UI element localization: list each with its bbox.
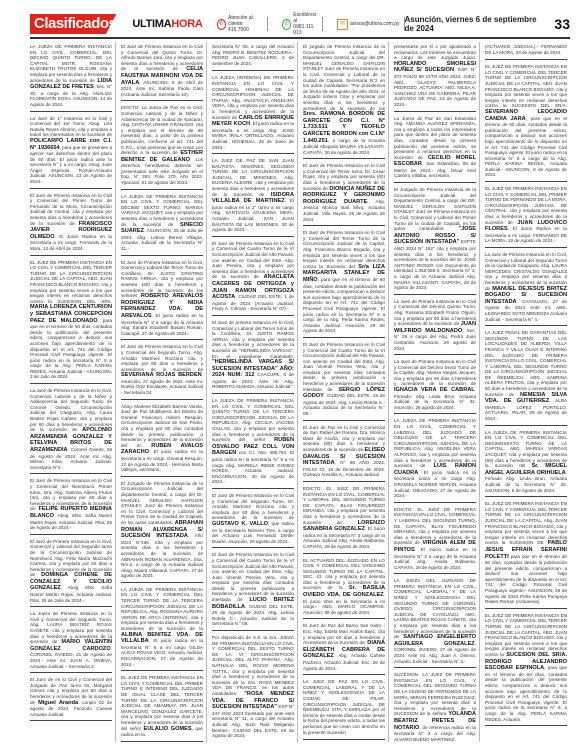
edict-notice: EDICTO: EL JUEZ DE PRIMERA INSTANCIA EN … xyxy=(394,505,476,575)
column-6: (ACTUARIO JUDICIAL).- FERNANDO DE LA MOR… xyxy=(485,42,570,742)
edict-notice: EL JUEZ DE PRIMERA INSTANCIA EN LO CIVIL… xyxy=(485,499,567,609)
column-5: presentarse por sí o por apoderado a rec… xyxy=(394,42,480,742)
edict-notice: El Juez de en lo Civil y Comercial del J… xyxy=(30,675,112,721)
edict-notice: La Juez de Primera Instancia en lo Civil… xyxy=(394,357,476,414)
edict-notice: EL JUEZ DE PRIMERA INSTANCIA EN LO CIVIL… xyxy=(485,184,567,248)
contact-email[interactable]: ✉ avisos@uhora.com.py xyxy=(337,17,405,31)
edict-notice: El Juez de Primera Instancia en lo Civil… xyxy=(30,191,112,256)
edict-notice: El Juez de Primera Instancia en lo Civil… xyxy=(303,340,385,421)
edict-notice: El jurgado de Primera Instancia de la Ci… xyxy=(303,42,385,159)
notice-body: EDICTO: La Jueza de Paz en lo Civil, Com… xyxy=(121,105,203,155)
edict-notice: La Jueza de Primera Instancia en lo Civi… xyxy=(30,609,112,673)
notice-body: LA JUEZ PENAL DE GARANTÍAS DEL SEGUNDO T… xyxy=(485,330,567,397)
edict-notice: La Jueza de Paz de San Estanislao Abg. A… xyxy=(394,114,476,184)
contact-phone[interactable]: ✆ Atención al cliente:415 7000 xyxy=(217,17,268,31)
edict-notice: El Juzgado de Primera Instancia de la Ci… xyxy=(394,185,476,295)
header-rule xyxy=(30,37,570,39)
notice-body: LA JUEZA DE PRIMERA INSTANCIA EN LO CIVI… xyxy=(121,587,203,631)
edict-notice: EDICTO: EL JUEZ DE PRIMERA INSTANCIA EN … xyxy=(303,484,385,554)
edict-notice: La Juez de Primera Instancia en lo Civil… xyxy=(30,386,112,474)
notice-body: El Juez de Primera Instancia en lo Civil… xyxy=(212,552,294,602)
edict-notice: SUCESIÓN. LA JUEZ DE PRIMERA INSTANCIA E… xyxy=(394,670,476,742)
notice-body: LA JUEZA DE PRIMERA INSTANCIA EN LO CIVI… xyxy=(212,398,294,442)
edict-notice: LA JUEZA (INTERINA) DE PRIMERA INSTANCIA… xyxy=(212,73,294,154)
edict-notice: El Juez de Primera Instancia en lo Civil… xyxy=(212,239,294,316)
deceased-name: Miguel Aranda xyxy=(38,700,78,706)
notice-footer: EXPTE AÑO 2024 N° 162" cita y emplaza po… xyxy=(394,239,476,290)
edict-notice: El Juez de primera instancia en lo Civil… xyxy=(212,318,294,394)
notice-footer: , para que en el termino de 60 días, con… xyxy=(30,318,112,380)
edict-notice: La Juez de Primera Instancia en lo Civil… xyxy=(394,297,476,355)
notice-body: EL JUEZ DE PRIMERA INSTANCIA EN LO CIVIL… xyxy=(485,501,567,545)
edict-notice: El Juez de Primera Instancia en lo Civil… xyxy=(121,258,203,341)
notice-body: La Juez de 1° Instancia en lo Civil y Co… xyxy=(30,116,112,138)
deceased-name: SANTIAGO ENGELBERTO AGUILERA GONZALEZ xyxy=(394,634,476,647)
column-4: El jurgado de Primera Instancia de la Ci… xyxy=(303,42,389,742)
edict-notice: EDICTO: La Jueza de Paz en lo Civil, Com… xyxy=(121,103,203,189)
notice-body: El Juzgado de Primera Instancia de la Ci… xyxy=(394,187,476,231)
edict-notice: El Juez de Primera Instancia en lo Civil… xyxy=(30,537,112,608)
whatsapp-icon: ✆ xyxy=(282,19,291,30)
column-3: Secretaría N° 05, a cargo del Actuario A… xyxy=(212,42,298,742)
notice-body: El jurgado de Primera Instancia de la Ci… xyxy=(303,44,385,111)
section-title: Clasificados xyxy=(30,14,116,34)
edict-notice: El Juez de Primera Instancia en lo Civil… xyxy=(303,161,385,226)
notice-body: El Juez de Primera Instancia en lo Civil… xyxy=(303,342,385,392)
edict-notice: La Juez de Primera Instancia en lo Civil… xyxy=(485,250,567,326)
notice-body: EL JUEZ DE PRIMERA INSTANCIA EN LO CIVIL… xyxy=(485,613,567,657)
notice-body: LA JUEZA DE PRIMERA INSTANCIA EN LO CIVI… xyxy=(394,418,476,468)
notice-body: El Juez de primera instancia en lo Civil… xyxy=(212,320,294,359)
notice-body: (ACTUARIO JUDICIAL).- FERNANDO DE LA MOR… xyxy=(485,44,567,55)
contact-whatsapp[interactable]: ✆ Escribinos al0981 111 013 xyxy=(282,17,323,31)
edict-notice: La Juez de 1° Instancia en lo Civil y Co… xyxy=(30,114,112,189)
notice-body: EL JUEZ DE PRIMERA INSTANCIA EN LO CIVIL… xyxy=(485,64,567,108)
notice-body: La Jueza de Paz de San Estanislao Abg. A… xyxy=(394,116,476,160)
notice-body: Secretaría N° 05, a cargo del Actuario A… xyxy=(212,44,294,66)
page-header: Clasificados ULTIMAHORA ✆ Atención al cl… xyxy=(30,14,570,34)
edict-notice: Abog. Marlene Elizabeth Barreto Varela, … xyxy=(121,402,203,477)
edict-notice: El Juez de Primera Instancia en lo Civil… xyxy=(30,476,112,534)
edict-notice: LA JUEZA DE PRIMERA INSTANCIA EN LO CIVI… xyxy=(121,585,203,671)
edict-notice: El Juez de Primera Instancia en lo Civil… xyxy=(212,491,294,548)
edict-notice: LA JUEZA DE PRIMERA INSTANCIA EN LO CIVI… xyxy=(394,416,476,502)
edict-notice: Por disposición de S.S. la Sra. JUEZA DE… xyxy=(212,633,294,742)
notice-footer: , para que en el término de 60 días, con… xyxy=(485,665,567,721)
edict-notice: El Juez de Paz en lo Civil y Comercial d… xyxy=(303,423,385,482)
edict-notice: LA JUEZA DE PRIMERA INSTANCIA EN LO CIVI… xyxy=(485,428,567,498)
deceased-name: GUSTAVO K. VALLO xyxy=(212,521,268,527)
mail-icon: ✉ xyxy=(337,19,348,30)
phone-icon: ✆ xyxy=(217,19,226,30)
edict-notice: LA JUEZA DEL JUZGADO DE PRIMERA INSTANCI… xyxy=(394,576,476,668)
edict-notice: El Juzgado de Primera Instancia de la Ci… xyxy=(121,479,203,583)
edict-notice: EL ACTUARIO DEL JUZGADO EN LO CIVIL Y CO… xyxy=(303,556,385,620)
column-1: LA JUEZA DE PRIMERA INSTANCIA EN LO CIVI… xyxy=(30,42,116,742)
edict-notice: El Juez de Paz del Barrio San Isidro - E… xyxy=(303,621,385,675)
issue-date: Asunción, viernes 6 de septiembre de 202… xyxy=(405,15,543,33)
edict-notice: LA JUEZA DE PRIMERA INSTANCIA EN LO CIVI… xyxy=(30,42,112,112)
notice-body: LA JUEZA DEL JUZGADO DE PRIMERA INSTANCI… xyxy=(394,578,476,639)
newspaper-logo: ULTIMAHORA xyxy=(132,18,202,30)
edict-notice: (ACTUARIO JUDICIAL).- FERNANDO DE LA MOR… xyxy=(485,42,567,60)
notice-body: La Juez de Primera Instancia en lo Civil… xyxy=(30,388,112,432)
edict-notice: El Juez de Primera Instancia en lo Civil… xyxy=(121,42,203,101)
notice-body: EL JUEZ DE PRIMERA INSTANCIA EN LO CIVIL… xyxy=(121,675,203,730)
notice-body: LA JUEZ DE PAZ EN LO CIVIL, COMERCIAL, L… xyxy=(303,679,385,734)
notice-footer: , para que en el término de 60 días, con… xyxy=(485,116,567,178)
edict-notice: EL JUEZ DE PRIMERA INSTANCIA EN LO CIVIL… xyxy=(485,62,567,182)
notice-footer: , para que en el término de 60 días, con… xyxy=(303,277,385,333)
notice-footer: , para que se presenten a ejercer sus de… xyxy=(30,145,112,185)
edict-notice: EL JUEZ DE PRIMERA INSTANCIA EN LO CIVIL… xyxy=(121,673,203,742)
edict-notice: LA JUEZ DE PAZ DE SAN JUAN BAUTISTA, MIS… xyxy=(212,156,294,237)
notice-body: EL JUEZ DE PRIMERA INSTANCIA EN LO CIVIL… xyxy=(30,260,112,304)
notice-body: Abog. Marlene Elizabeth Barreto Varela, … xyxy=(121,404,203,448)
edict-notice: El Juez de Primera Instancia en lo Civil… xyxy=(121,342,203,399)
edict-notice: presentarse por sí o por apoderado a rec… xyxy=(394,42,476,112)
edict-notice: LA JUEZ DE PAZ EN LO CIVIL, COMERCIAL, L… xyxy=(303,677,385,740)
notice-footer: . Año 2024 N°468. Cita y emplaza por ses… xyxy=(121,533,203,578)
edict-notice: EL JUEZ DE PRIMERA INSTANCIA EN LO CIVIL… xyxy=(30,258,112,384)
notice-body: El Juzgado de Primera Instancia de la Ci… xyxy=(121,481,203,525)
edict-notice: Secretaría N° 05, a cargo del Actuario A… xyxy=(212,42,294,71)
column-2: El Juez de Primera Instancia en lo Civil… xyxy=(121,42,207,742)
edict-notice: LA JUEZA DE PRIMERA INSTANCIA EN LO CIVI… xyxy=(121,192,203,256)
notice-body: La Juez de Primera Instancia en lo Civil… xyxy=(394,359,476,386)
notice-body: SUCESIÓN. LA JUEZ DE PRIMERA INSTANCIA E… xyxy=(394,672,476,716)
notice-body: El Juez de Primera Instancia en lo Civil… xyxy=(121,344,203,371)
notice-footer: para que en el término de 60 días, conta… xyxy=(485,554,567,605)
edict-notice: EL JUEZ DE PRIMERA INSTANCIA EN LO CIVIL… xyxy=(485,611,567,726)
page-number: 33 xyxy=(554,16,570,32)
notice-body: LA JUEZA (INTERINA) DE PRIMERA INSTANCIA… xyxy=(212,75,294,119)
edict-notice: LA JUEZ PENAL DE GARANTÍAS DEL SEGUNDO T… xyxy=(485,328,567,426)
notice-body: Por disposición de S.S. la Sra. JUEZA DE… xyxy=(212,635,294,696)
notice-body: El Juez de Primera Instancia en lo Civil… xyxy=(212,493,294,520)
edict-notice: LA JUEZA DE PRIMERA INSTANCIA EN LO CIVI… xyxy=(212,396,294,489)
deceased-name: EULALIO GOMES xyxy=(144,726,192,732)
notice-footer: . EXP. N° 372 FOLIO 80 VLTO AÑO 2024. JU… xyxy=(394,67,476,107)
notice-body: presentarse por sí o por apoderado a rec… xyxy=(394,44,476,60)
classifieds-columns: LA JUEZA DE PRIMERA INSTANCIA EN LO CIVI… xyxy=(30,42,570,742)
edict-notice: El Juez de Primera Instancia en lo Civil… xyxy=(212,550,294,631)
deceased-name: SEVERIANA ROJAS BERDEN xyxy=(121,372,202,378)
deceased-name: IGNACIA VERA DE CABRAL xyxy=(394,387,475,393)
edict-notice: El Juez de Primera Instancia en lo Civil… xyxy=(303,228,385,338)
